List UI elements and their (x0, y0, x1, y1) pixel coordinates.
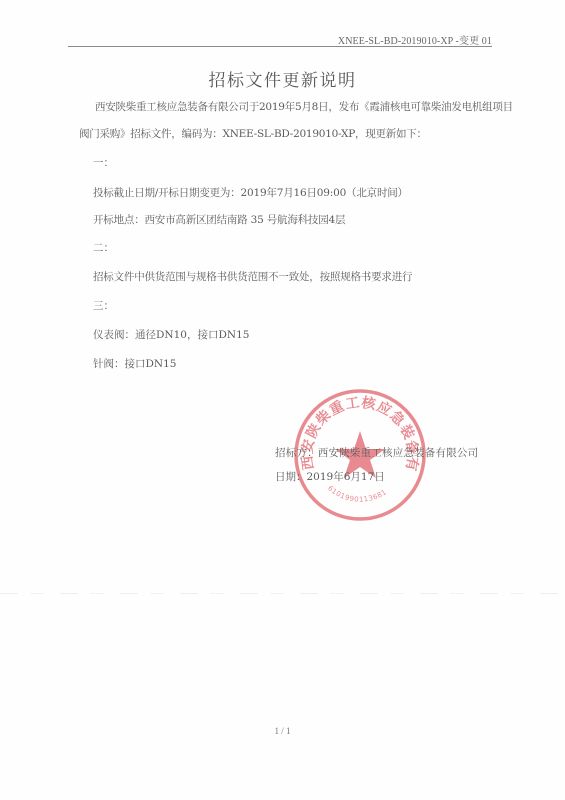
svg-text:西安陕柴重工核应急装备有限公司: 西安陕柴重工核应急装备有限公司 (292, 387, 421, 473)
section-1-deadline-line: 投标截止日期/开标日期变更为：2019年7月16日09:00（北京时间） (93, 185, 408, 200)
signature-date-line: 日期：2019年6月17日 (275, 469, 385, 484)
page-title: 招标文件更新说明 (0, 66, 565, 91)
document-code-header: XNEE-SL-BD-2019010-XP -变更 01 (338, 32, 492, 47)
header-divider (68, 46, 492, 47)
section-3-needle-valve-line: 针阀：接口DN15 (93, 356, 176, 371)
section-2-scope-line: 招标文件中供货范围与规格书供货范围不一致处，按照规格书要求进行 (93, 269, 412, 284)
stamp-company-text: 西安陕柴重工核应急装备有限公司 (292, 387, 421, 473)
section-3-heading: 三： (93, 298, 114, 313)
section-1-location-line: 开标地点：西安市高新区团结南路 35 号航海科技园4层 (93, 212, 345, 227)
section-3-instrument-valve-line: 仪表阀：通径DN10，接口DN15 (93, 327, 249, 342)
intro-paragraph-line-2: 阀门采购》招标文件，编码为：XNEE-SL-BD-2019010-XP，现更新如… (79, 126, 427, 141)
section-1-heading: 一： (93, 155, 114, 170)
issuer-signature-line: 招标方：西安陕柴重工核应急装备有限公司 (275, 445, 478, 460)
svg-text:6101990113681: 6101990113681 (326, 484, 388, 503)
document-page: XNEE-SL-BD-2019010-XP -变更 01 招标文件更新说明 西安… (0, 0, 565, 800)
scan-artifact-line (0, 593, 565, 594)
stamp-number-text: 6101990113681 (326, 484, 388, 503)
page-number: 1 / 1 (0, 726, 565, 736)
section-2-heading: 二： (93, 240, 114, 255)
intro-paragraph-line-1: 西安陕柴重工核应急装备有限公司于2019年5月8日，发布《霞浦核电可靠柴油发电机… (95, 99, 513, 114)
